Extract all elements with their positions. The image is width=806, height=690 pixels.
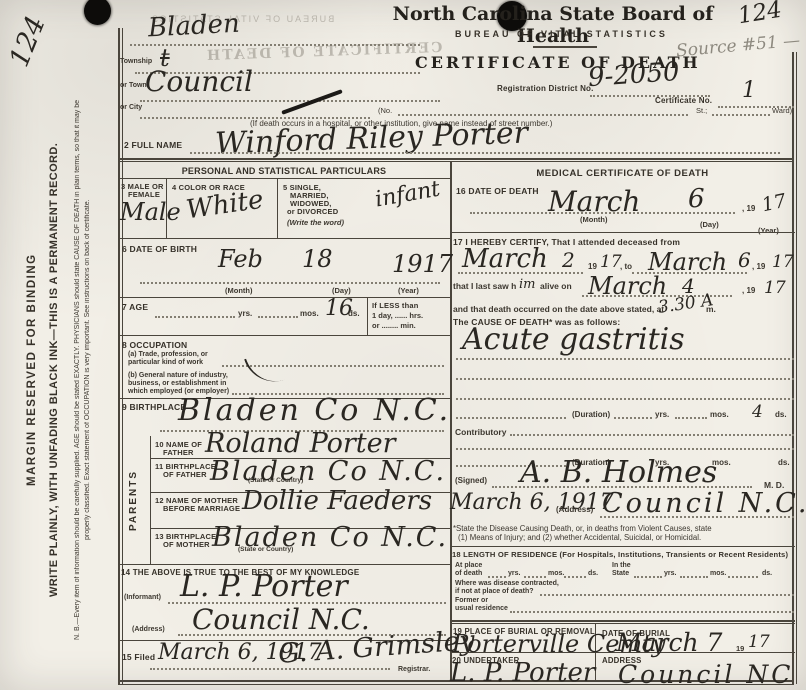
street-no-label: (No. bbox=[378, 106, 392, 115]
residence-mos-1: mos. bbox=[548, 570, 564, 577]
certify-from-day: 2 bbox=[562, 250, 575, 270]
duration-label: (Duration) bbox=[572, 410, 610, 419]
street-no-dotted-line bbox=[398, 114, 688, 116]
residence-bottom-rule-outer bbox=[450, 620, 795, 622]
duration-ds: ds. bbox=[775, 410, 787, 419]
district-label: Registration District No. bbox=[497, 84, 594, 93]
saw-post-label: alive on bbox=[540, 281, 572, 291]
informant-label: (Informant) bbox=[124, 594, 161, 601]
date-of-death-year-printed: , 19 bbox=[742, 204, 755, 213]
duration-dotted-2 bbox=[675, 417, 707, 419]
duration2-ds: ds. bbox=[778, 458, 790, 467]
district-value: 9-2050 bbox=[587, 59, 680, 91]
birth-day-sublabel: (Day) bbox=[332, 286, 351, 295]
occupation-b1: (b) General nature of industry, bbox=[128, 372, 228, 379]
age-dotted-1 bbox=[155, 316, 235, 318]
occupation-label: 8 OCCUPATION bbox=[122, 340, 187, 350]
stray-pen-stroke bbox=[244, 346, 294, 389]
certify-from-year: 17 bbox=[600, 254, 622, 271]
residence-contracted-dotted bbox=[540, 594, 794, 596]
dod-day-sublabel: (Day) bbox=[700, 220, 719, 229]
birth-dotted-line bbox=[140, 282, 440, 284]
certificate-no-label: Certificate No. bbox=[655, 96, 712, 105]
county-value: Bladen bbox=[147, 11, 240, 42]
birth-month-sublabel: (Month) bbox=[225, 286, 252, 295]
form-border-right-inner bbox=[796, 52, 797, 684]
occupation-a2: particular kind of work bbox=[128, 359, 203, 366]
parents-bottom-rule bbox=[118, 564, 450, 565]
residence-in-the: In the bbox=[612, 562, 631, 569]
informant-address-value: Council N.C. bbox=[192, 606, 370, 634]
name-divider-inner bbox=[118, 161, 794, 162]
certify-from-month: March bbox=[462, 246, 548, 272]
duration-dotted-lead bbox=[456, 417, 566, 419]
age-ds-label: ds. bbox=[348, 309, 360, 318]
residence-former-2: usual residence bbox=[455, 605, 508, 612]
registrar-label: Registrar. bbox=[398, 666, 430, 673]
dod-bottom-rule bbox=[450, 232, 795, 233]
residence-contracted-2: if not at place of death? bbox=[455, 588, 534, 595]
duration-mos: mos. bbox=[710, 410, 729, 419]
mother-birthplace-value: Bladen Co N.C. bbox=[212, 524, 448, 551]
burial-date-value: March 7 bbox=[616, 630, 722, 655]
birth-date-label: 6 DATE OF BIRTH bbox=[122, 244, 197, 254]
name-divider-outer bbox=[118, 158, 794, 160]
date-of-death-label: 16 DATE OF DEATH bbox=[456, 186, 539, 196]
filed-dotted-line bbox=[150, 668, 390, 670]
death-at-label: and that death occurred on the date abov… bbox=[453, 304, 664, 314]
birth-year-value: 1917 bbox=[392, 252, 453, 276]
certify-from-year-printed: 19 bbox=[588, 262, 597, 271]
birthplace-label: 9 BIRTHPLACE bbox=[122, 402, 186, 412]
signed-address-label: (Address) bbox=[556, 505, 593, 514]
certify-to-word: , to bbox=[620, 262, 632, 271]
cause-dotted-3 bbox=[456, 398, 794, 400]
cause-footnote-2: (1) Means of Injury; and (2) whether Acc… bbox=[458, 533, 701, 542]
residence-former-dotted bbox=[510, 611, 794, 613]
boxes-bottom-rule bbox=[118, 238, 450, 239]
town-value: Council bbox=[145, 68, 253, 96]
township-label: Township bbox=[120, 58, 152, 65]
cause-value: Acute gastritis bbox=[462, 325, 685, 355]
duration-dotted-1 bbox=[614, 417, 652, 419]
undertaker-address-value: Council NC bbox=[618, 662, 793, 687]
father-name-value: Roland Porter bbox=[205, 430, 396, 457]
form-border-left-inner bbox=[122, 28, 123, 684]
contributory-label: Contributory bbox=[455, 427, 506, 437]
full-name-label: 2 FULL NAME bbox=[124, 140, 182, 150]
medical-section-title: MEDICAL CERTIFICATE OF DEATH bbox=[450, 168, 795, 179]
father-name-label-2: FATHER bbox=[163, 448, 194, 457]
occupation-b2: business, or establishment in bbox=[128, 380, 226, 387]
personal-section-title: PERSONAL AND STATISTICAL PARTICULARS bbox=[118, 166, 450, 176]
father-birthplace-label-2: OF FATHER bbox=[163, 470, 207, 479]
saw-year-printed: , 19 bbox=[742, 286, 755, 295]
footnote-bottom-rule bbox=[450, 546, 795, 547]
birth-month-value: Feb bbox=[218, 247, 263, 271]
burial-year-printed: 19 bbox=[736, 644, 744, 653]
margin-nb-note-2: properly classified. Exact statement of … bbox=[84, 60, 91, 680]
residence-yrs-1: yrs. bbox=[508, 570, 520, 577]
city-label: or City bbox=[120, 104, 142, 111]
cause-dotted-1 bbox=[456, 358, 794, 360]
informant-value: L. P. Porter bbox=[180, 572, 348, 602]
dod-year-sublabel: (Year) bbox=[758, 226, 779, 235]
box-divider-2 bbox=[277, 178, 278, 238]
residence-state: State bbox=[612, 570, 629, 577]
mother-birthplace-label-2: OF MOTHER bbox=[163, 540, 210, 549]
signed-address-dotted bbox=[600, 516, 794, 518]
cause-dotted-2 bbox=[456, 378, 794, 380]
saw-him-value: im bbox=[519, 278, 536, 291]
race-value: White bbox=[185, 187, 265, 224]
margin-nb-note-1: N. B.—Every item of information should b… bbox=[74, 60, 81, 680]
residence-yrs-2: yrs. bbox=[664, 570, 676, 577]
informant-address-label: (Address) bbox=[132, 626, 165, 633]
residence-dotted-f bbox=[728, 576, 758, 578]
physician-signature: A. B. Holmes bbox=[520, 458, 717, 488]
residence-ds-2: ds. bbox=[762, 570, 772, 577]
street-ward-label: Ward) bbox=[772, 106, 792, 115]
margin-binding-note: MARGIN RESERVED FOR BINDING bbox=[26, 100, 38, 640]
street-st-label: St.; bbox=[696, 106, 707, 115]
filed-label: 15 Filed bbox=[122, 652, 155, 662]
parents-side-label: PARENTS bbox=[128, 438, 139, 563]
margin-ink-note: WRITE PLAINLY, WITH UNFADING BLACK INK—T… bbox=[48, 70, 60, 670]
signed-label: (Signed) bbox=[455, 476, 487, 485]
contributory-dotted-1 bbox=[510, 434, 794, 436]
death-m-label: m. bbox=[706, 304, 716, 314]
marital-label-4: or DIVORCED bbox=[287, 207, 338, 216]
county-dotted-line bbox=[130, 44, 420, 46]
marital-note: (Write the word) bbox=[287, 218, 344, 227]
dod-month-sublabel: (Month) bbox=[580, 215, 607, 224]
certify-to-year-printed: , 19 bbox=[752, 262, 765, 271]
residence-mos-2: mos. bbox=[710, 570, 726, 577]
cause-footnote-1: *State the Disease Causing Death, or, in… bbox=[453, 524, 712, 533]
residence-contracted-1: Where was disease contracted, bbox=[455, 580, 559, 587]
duration-days-value: 4 bbox=[752, 404, 763, 421]
residence-dotted-d bbox=[634, 576, 662, 578]
certify-to-year: 17 bbox=[772, 254, 794, 271]
certify-to-month: March bbox=[648, 250, 727, 274]
saw-year-value: 17 bbox=[764, 280, 786, 297]
residence-dotted-a bbox=[488, 576, 506, 578]
margin-page-number: 124 bbox=[6, 13, 50, 71]
age-label: 7 AGE bbox=[122, 302, 148, 312]
certify-to-day: 6 bbox=[738, 250, 751, 270]
death-certificate-scan: 124 MARGIN RESERVED FOR BINDING WRITE PL… bbox=[0, 0, 806, 690]
contributory-dotted-2 bbox=[456, 448, 794, 450]
street-st-dotted-line bbox=[712, 114, 770, 116]
age-dotted-2 bbox=[258, 316, 298, 318]
age-yrs-label: yrs. bbox=[238, 309, 252, 318]
mother-name-value: Dollie Faeders bbox=[242, 488, 432, 514]
dod-dotted-line bbox=[470, 212, 735, 214]
date-of-death-day: 6 bbox=[688, 186, 705, 212]
residence-at-place-2: of death bbox=[455, 570, 482, 577]
certify-line1-dotted bbox=[458, 272, 583, 274]
residence-former-1: Former or bbox=[455, 597, 488, 604]
birthplace-value: Bladen Co N.C. bbox=[178, 396, 451, 426]
age-bottom-rule bbox=[118, 335, 450, 336]
bureau-subtitle: BUREAU OF VITAL STATISTICS bbox=[455, 29, 655, 39]
handwritten-slash-mark bbox=[281, 89, 343, 115]
form-border-left-outer bbox=[118, 28, 120, 684]
parents-column-divider bbox=[150, 436, 151, 564]
residence-label: 18 LENGTH OF RESIDENCE (For Hospitals, I… bbox=[452, 550, 788, 559]
age-less-note-1: If LESS than bbox=[372, 301, 419, 310]
sex-value: Male bbox=[120, 200, 181, 224]
age-mos-label: mos. bbox=[300, 309, 319, 318]
residence-dotted-e bbox=[680, 576, 708, 578]
form-border-right-outer bbox=[792, 52, 794, 684]
residence-dotted-c bbox=[564, 576, 586, 578]
birth-year-sublabel: (Year) bbox=[398, 286, 419, 295]
hole-punch-left bbox=[84, 0, 111, 25]
mother-name-label-2: BEFORE MARRIAGE bbox=[163, 504, 240, 513]
undertaker-value: L. P. Porter bbox=[450, 660, 595, 686]
full-name-dotted-line bbox=[190, 152, 780, 154]
bureau-rule bbox=[533, 46, 597, 48]
residence-dotted-b bbox=[524, 576, 546, 578]
father-birthplace-value: Bladen Co N.C. bbox=[210, 458, 446, 485]
certificate-no-value: 1 bbox=[742, 80, 756, 102]
residence-ds-1: ds. bbox=[588, 570, 598, 577]
occupation-a1: (a) Trade, profession, or bbox=[128, 351, 208, 358]
personal-title-rule bbox=[118, 178, 450, 179]
residence-bottom-rule-inner bbox=[450, 623, 795, 624]
age-less-note-2: 1 day, ...... hrs. bbox=[372, 311, 423, 320]
saw-pre-label: that I last saw h bbox=[453, 281, 516, 291]
marital-value: infant bbox=[374, 178, 442, 211]
age-box-divider bbox=[367, 297, 368, 335]
date-of-death-year: 17 bbox=[760, 192, 788, 216]
corner-page-number: 124 bbox=[736, 0, 783, 28]
burial-year-value: 17 bbox=[748, 634, 770, 651]
age-less-note-3: or ........ min. bbox=[372, 321, 416, 330]
residence-at-place-1: At place bbox=[455, 562, 482, 569]
duration-yrs: yrs. bbox=[655, 410, 669, 419]
birth-day-value: 18 bbox=[302, 247, 333, 271]
town-dotted-line bbox=[140, 100, 440, 102]
town-label: or Town bbox=[120, 82, 147, 89]
signed-address-value: Council N.C. bbox=[602, 490, 806, 517]
birth-bottom-rule bbox=[118, 297, 450, 298]
